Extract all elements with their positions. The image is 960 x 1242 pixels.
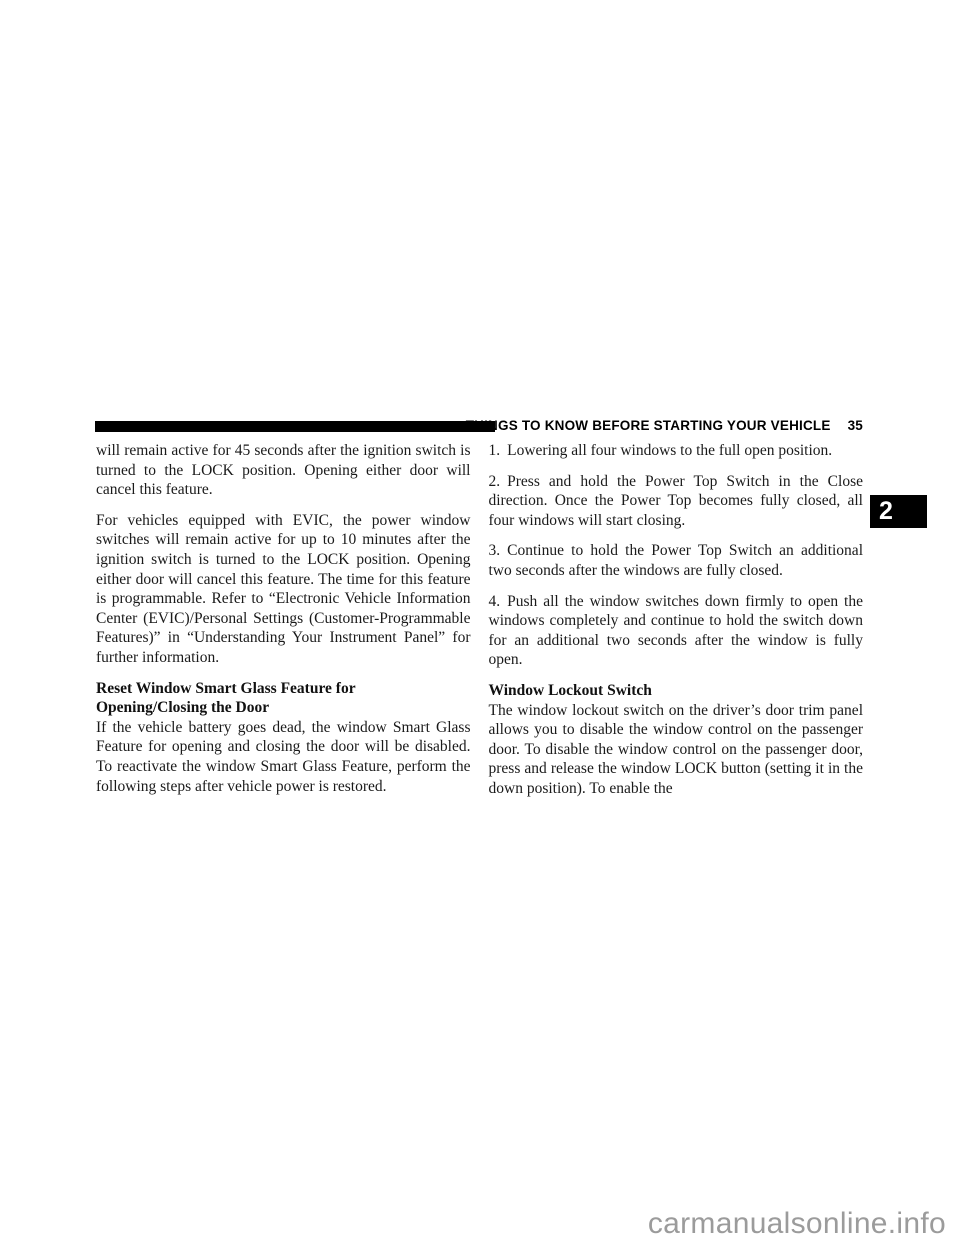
chapter-tab: 2 xyxy=(870,495,927,528)
header-rule-bar xyxy=(95,421,495,432)
step-item: 1.Lowering all four windows to the full … xyxy=(489,441,864,461)
heading-line-2: Opening/Closing the Door xyxy=(96,699,269,716)
step-item: 3.Continue to hold the Power Top Switch … xyxy=(489,541,864,580)
manual-page: THINGS TO KNOW BEFORE STARTING YOUR VEHI… xyxy=(0,0,960,1242)
step-text: Press and hold the Power Top Switch in t… xyxy=(489,473,864,529)
page-body: will remain active for 45 seconds after … xyxy=(96,441,863,810)
step-number: 1. xyxy=(489,442,501,459)
step-text: Lowering all four windows to the full op… xyxy=(507,442,832,459)
running-header: THINGS TO KNOW BEFORE STARTING YOUR VEHI… xyxy=(466,418,863,433)
step-item: 2.Press and hold the Power Top Switch in… xyxy=(489,472,864,531)
step-item: 4.Push all the window switches down firm… xyxy=(489,592,864,670)
right-column: 1.Lowering all four windows to the full … xyxy=(489,441,864,810)
paragraph-ignition-timeout: will remain active for 45 seconds after … xyxy=(96,441,471,500)
paragraph-window-lockout: The window lockout switch on the driver’… xyxy=(489,701,864,799)
section-heading-reset-smart-glass: Reset Window Smart Glass Feature for Ope… xyxy=(96,679,471,718)
heading-line-1: Reset Window Smart Glass Feature for xyxy=(96,680,356,697)
step-text: Push all the window switches down firmly… xyxy=(489,593,864,669)
chapter-title: THINGS TO KNOW BEFORE STARTING YOUR VEHI… xyxy=(466,418,831,433)
chapter-tab-number: 2 xyxy=(879,497,893,526)
paragraph-reset-smart-glass: If the vehicle battery goes dead, the wi… xyxy=(96,718,471,796)
step-number: 2. xyxy=(489,473,501,490)
step-number: 3. xyxy=(489,542,501,559)
paragraph-evic-feature: For vehicles equipped with EVIC, the pow… xyxy=(96,511,471,668)
step-number: 4. xyxy=(489,593,501,610)
step-text: Continue to hold the Power Top Switch an… xyxy=(489,542,864,579)
page-number: 35 xyxy=(848,418,863,433)
section-heading-window-lockout: Window Lockout Switch xyxy=(489,681,864,701)
left-column: will remain active for 45 seconds after … xyxy=(96,441,471,810)
watermark: carmanualsonline.info xyxy=(648,1207,946,1241)
